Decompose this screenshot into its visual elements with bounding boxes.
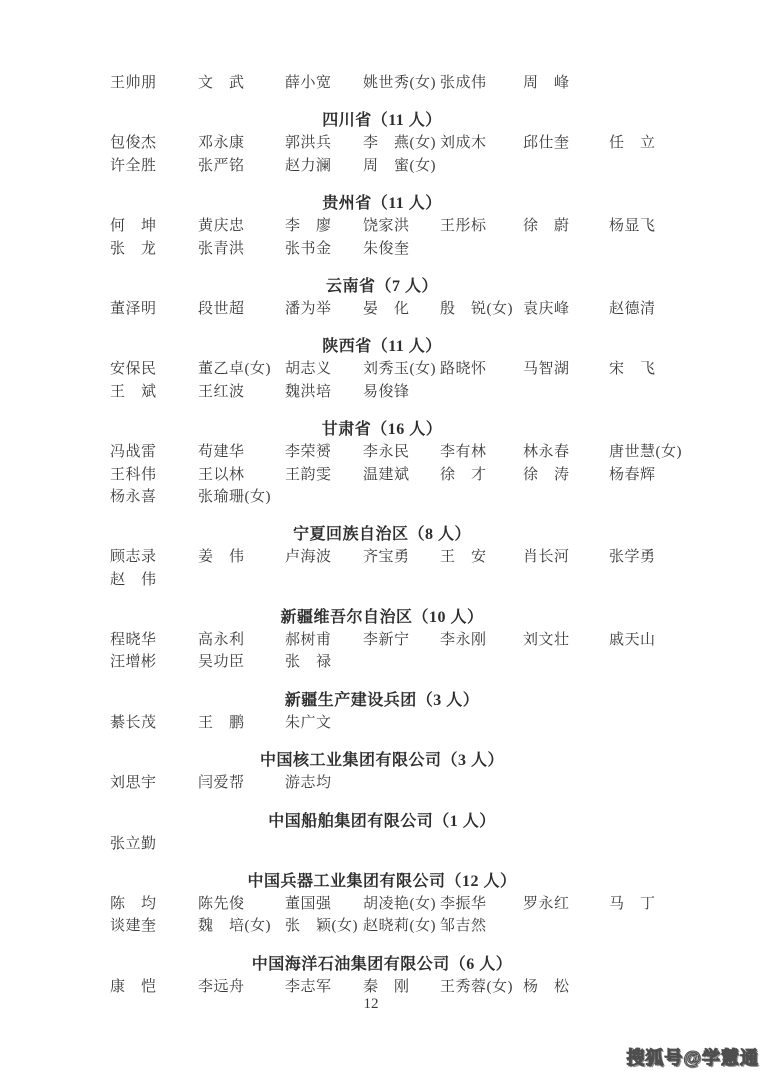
empty-cell bbox=[285, 833, 363, 855]
empty-cell bbox=[523, 569, 609, 591]
person-name: 董国强 bbox=[285, 893, 363, 915]
empty-cell bbox=[609, 381, 724, 403]
empty-cell bbox=[523, 651, 609, 673]
section: 四川省（11 人）包俊杰邓永康郭洪兵李 燕(女)刘成木邱仕奎任 立许全胜张严铭赵… bbox=[110, 110, 724, 177]
section-header: 宁夏回族自治区（8 人） bbox=[0, 524, 764, 546]
person-name: 赵晓莉(女) bbox=[363, 915, 440, 937]
person-name: 姜 伟 bbox=[198, 546, 285, 568]
empty-cell bbox=[363, 712, 440, 734]
section: 中国海洋石油集团有限公司（6 人）康 恺李远舟李志军秦 刚王秀蓉(女)杨 松 bbox=[110, 954, 724, 998]
name-row: 安保民董乙卓(女)胡志义刘秀玉(女)路晓怀马智湖宋 飞 bbox=[110, 358, 724, 380]
person-name: 张成伟 bbox=[440, 72, 523, 94]
person-name: 杨春辉 bbox=[609, 464, 724, 486]
name-row: 董泽明段世超潘为举晏 化殷 锐(女)袁庆峰赵德清 bbox=[110, 298, 724, 320]
empty-cell bbox=[609, 569, 724, 591]
person-name: 潘为举 bbox=[285, 298, 363, 320]
person-name: 李荣赟 bbox=[285, 441, 363, 463]
person-name: 周 蜜(女) bbox=[363, 155, 440, 177]
section-header: 贵州省（11 人） bbox=[0, 193, 764, 215]
person-name: 齐宝勇 bbox=[363, 546, 440, 568]
person-name: 王科伟 bbox=[110, 464, 198, 486]
person-name: 赵 伟 bbox=[110, 569, 198, 591]
person-name: 李 廖 bbox=[285, 215, 363, 237]
empty-cell bbox=[440, 381, 523, 403]
person-name: 段世超 bbox=[198, 298, 285, 320]
name-row: 顾志录姜 伟卢海波齐宝勇王 安肖长河张学勇 bbox=[110, 546, 724, 568]
person-name: 吴功臣 bbox=[198, 651, 285, 673]
person-name: 冯战雷 bbox=[110, 441, 198, 463]
section-header: 四川省（11 人） bbox=[0, 110, 764, 132]
name-row: 康 恺李远舟李志军秦 刚王秀蓉(女)杨 松 bbox=[110, 976, 724, 998]
person-name: 李新宁 bbox=[363, 629, 440, 651]
person-name: 张青洪 bbox=[198, 238, 285, 260]
person-name: 马智湖 bbox=[523, 358, 609, 380]
person-name: 李永刚 bbox=[440, 629, 523, 651]
person-name: 李 燕(女) bbox=[363, 132, 440, 154]
person-name: 张 龙 bbox=[110, 238, 198, 260]
person-name: 马 丁 bbox=[609, 893, 724, 915]
empty-cell bbox=[285, 486, 363, 508]
person-name: 刘文壮 bbox=[523, 629, 609, 651]
person-name: 张严铭 bbox=[198, 155, 285, 177]
empty-cell bbox=[609, 651, 724, 673]
person-name: 谈建奎 bbox=[110, 915, 198, 937]
person-name: 袁庆峰 bbox=[523, 298, 609, 320]
person-name: 顾志录 bbox=[110, 546, 198, 568]
person-name: 张立勤 bbox=[110, 833, 198, 855]
person-name: 饶家洪 bbox=[363, 215, 440, 237]
empty-cell bbox=[363, 486, 440, 508]
person-name: 薛小宽 bbox=[285, 72, 363, 94]
empty-cell bbox=[440, 155, 523, 177]
person-name: 邓永康 bbox=[198, 132, 285, 154]
section: 中国核工业集团有限公司（3 人）刘思宇闫爱帮游志均 bbox=[110, 750, 724, 794]
empty-cell bbox=[523, 712, 609, 734]
name-row: 綦长茂王 鹏朱广文 bbox=[110, 712, 724, 734]
person-name: 李有林 bbox=[440, 441, 523, 463]
person-name: 何 坤 bbox=[110, 215, 198, 237]
name-row: 杨永喜张瑜珊(女) bbox=[110, 486, 724, 508]
empty-cell bbox=[440, 712, 523, 734]
person-name: 刘成木 bbox=[440, 132, 523, 154]
empty-cell bbox=[363, 772, 440, 794]
person-name: 王秀蓉(女) bbox=[440, 976, 523, 998]
person-name: 许全胜 bbox=[110, 155, 198, 177]
empty-cell bbox=[440, 569, 523, 591]
empty-cell bbox=[363, 833, 440, 855]
person-name: 赵德清 bbox=[609, 298, 724, 320]
section: 贵州省（11 人）何 坤黄庆忠李 廖饶家洪王彤标徐 蔚杨显飞张 龙张青洪张书金朱… bbox=[110, 193, 724, 260]
person-name: 晏 化 bbox=[363, 298, 440, 320]
person-name: 郝树甫 bbox=[285, 629, 363, 651]
person-name: 杨 松 bbox=[523, 976, 609, 998]
document-page: 王帅朋文 武薛小宽姚世秀(女)张成伟周 峰四川省（11 人）包俊杰邓永康郭洪兵李… bbox=[0, 0, 764, 1080]
section-header: 中国船舶集团有限公司（1 人） bbox=[0, 811, 764, 833]
person-name: 程晓华 bbox=[110, 629, 198, 651]
empty-cell bbox=[440, 772, 523, 794]
name-row: 何 坤黄庆忠李 廖饶家洪王彤标徐 蔚杨显飞 bbox=[110, 215, 724, 237]
person-name: 李永民 bbox=[363, 441, 440, 463]
person-name: 张书金 bbox=[285, 238, 363, 260]
person-name: 胡凌艳(女) bbox=[363, 893, 440, 915]
name-row: 许全胜张严铭赵力澜周 蜜(女) bbox=[110, 155, 724, 177]
person-name: 路晓怀 bbox=[440, 358, 523, 380]
person-name: 张学勇 bbox=[609, 546, 724, 568]
person-name: 陈 均 bbox=[110, 893, 198, 915]
empty-cell bbox=[198, 569, 285, 591]
watermark: 搜狐号@学慧通 bbox=[626, 1044, 759, 1070]
person-name: 朱俊奎 bbox=[363, 238, 440, 260]
person-name: 姚世秀(女) bbox=[363, 72, 440, 94]
name-row: 冯战雷苟建华李荣赟李永民李有林林永春唐世慧(女) bbox=[110, 441, 724, 463]
name-list: 王帅朋文 武薛小宽姚世秀(女)张成伟周 峰四川省（11 人）包俊杰邓永康郭洪兵李… bbox=[0, 0, 764, 998]
section: 中国船舶集团有限公司（1 人）张立勤 bbox=[110, 811, 724, 855]
section-header: 陕西省（11 人） bbox=[0, 336, 764, 358]
person-name: 董乙卓(女) bbox=[198, 358, 285, 380]
person-name: 周 峰 bbox=[523, 72, 609, 94]
empty-cell bbox=[609, 72, 724, 94]
person-name: 陈先俊 bbox=[198, 893, 285, 915]
person-name: 王 安 bbox=[440, 546, 523, 568]
empty-cell bbox=[609, 712, 724, 734]
empty-cell bbox=[523, 238, 609, 260]
name-row: 王帅朋文 武薛小宽姚世秀(女)张成伟周 峰 bbox=[110, 72, 724, 94]
section: 新疆维吾尔自治区（10 人）程晓华高永利郝树甫李新宁李永刚刘文壮戚天山汪增彬吴功… bbox=[110, 607, 724, 674]
person-name: 李远舟 bbox=[198, 976, 285, 998]
empty-cell bbox=[609, 238, 724, 260]
person-name: 温建斌 bbox=[363, 464, 440, 486]
empty-cell bbox=[609, 486, 724, 508]
person-name: 郭洪兵 bbox=[285, 132, 363, 154]
person-name: 邹吉然 bbox=[440, 915, 523, 937]
person-name: 易俊锋 bbox=[363, 381, 440, 403]
section: 新疆生产建设兵团（3 人）綦长茂王 鹏朱广文 bbox=[110, 690, 724, 734]
person-name: 文 武 bbox=[198, 72, 285, 94]
name-row: 赵 伟 bbox=[110, 569, 724, 591]
person-name: 董泽明 bbox=[110, 298, 198, 320]
person-name: 李振华 bbox=[440, 893, 523, 915]
section-header: 新疆生产建设兵团（3 人） bbox=[0, 690, 764, 712]
person-name: 秦 刚 bbox=[363, 976, 440, 998]
person-name: 林永春 bbox=[523, 441, 609, 463]
person-name: 卢海波 bbox=[285, 546, 363, 568]
name-row: 谈建奎魏 培(女)张 颖(女)赵晓莉(女)邹吉然 bbox=[110, 915, 724, 937]
person-name: 汪增彬 bbox=[110, 651, 198, 673]
person-name: 魏洪培 bbox=[285, 381, 363, 403]
empty-cell bbox=[198, 833, 285, 855]
person-name: 唐世慧(女) bbox=[609, 441, 724, 463]
person-name: 任 立 bbox=[609, 132, 724, 154]
person-name: 赵力澜 bbox=[285, 155, 363, 177]
empty-cell bbox=[609, 915, 724, 937]
empty-cell bbox=[523, 486, 609, 508]
person-name: 綦长茂 bbox=[110, 712, 198, 734]
person-name: 殷 锐(女) bbox=[440, 298, 523, 320]
empty-cell bbox=[363, 569, 440, 591]
empty-cell bbox=[609, 772, 724, 794]
empty-cell bbox=[440, 833, 523, 855]
person-name: 黄庆忠 bbox=[198, 215, 285, 237]
person-name: 朱广文 bbox=[285, 712, 363, 734]
name-row: 张立勤 bbox=[110, 833, 724, 855]
person-name: 康 恺 bbox=[110, 976, 198, 998]
person-name: 刘思宇 bbox=[110, 772, 198, 794]
name-row: 王 斌王红波魏洪培易俊锋 bbox=[110, 381, 724, 403]
person-name: 刘秀玉(女) bbox=[363, 358, 440, 380]
person-name: 徐 涛 bbox=[523, 464, 609, 486]
person-name: 闫爱帮 bbox=[198, 772, 285, 794]
person-name: 张 禄 bbox=[285, 651, 363, 673]
person-name: 徐 才 bbox=[440, 464, 523, 486]
section: 云南省（7 人）董泽明段世超潘为举晏 化殷 锐(女)袁庆峰赵德清 bbox=[110, 276, 724, 320]
name-row: 汪增彬吴功臣张 禄 bbox=[110, 651, 724, 673]
empty-cell bbox=[523, 155, 609, 177]
section-header: 中国海洋石油集团有限公司（6 人） bbox=[0, 954, 764, 976]
section: 中国兵器工业集团有限公司（12 人）陈 均陈先俊董国强胡凌艳(女)李振华罗永红马… bbox=[110, 871, 724, 938]
empty-cell bbox=[363, 651, 440, 673]
section-header: 中国核工业集团有限公司（3 人） bbox=[0, 750, 764, 772]
section-header: 中国兵器工业集团有限公司（12 人） bbox=[0, 871, 764, 893]
empty-cell bbox=[285, 569, 363, 591]
person-name: 胡志义 bbox=[285, 358, 363, 380]
person-name: 苟建华 bbox=[198, 441, 285, 463]
section-header: 云南省（7 人） bbox=[0, 276, 764, 298]
empty-cell bbox=[440, 238, 523, 260]
empty-cell bbox=[609, 155, 724, 177]
section-header: 新疆维吾尔自治区（10 人） bbox=[0, 607, 764, 629]
empty-cell bbox=[523, 915, 609, 937]
person-name: 罗永红 bbox=[523, 893, 609, 915]
person-name: 王彤标 bbox=[440, 215, 523, 237]
person-name: 邱仕奎 bbox=[523, 132, 609, 154]
empty-cell bbox=[523, 381, 609, 403]
person-name: 王帅朋 bbox=[110, 72, 198, 94]
person-name: 王以林 bbox=[198, 464, 285, 486]
person-name: 包俊杰 bbox=[110, 132, 198, 154]
person-name: 安保民 bbox=[110, 358, 198, 380]
person-name: 魏 培(女) bbox=[198, 915, 285, 937]
section: 宁夏回族自治区（8 人）顾志录姜 伟卢海波齐宝勇王 安肖长河张学勇赵 伟 bbox=[110, 524, 724, 591]
name-row: 程晓华高永利郝树甫李新宁李永刚刘文壮戚天山 bbox=[110, 629, 724, 651]
empty-cell bbox=[609, 976, 724, 998]
empty-cell bbox=[609, 833, 724, 855]
person-name: 肖长河 bbox=[523, 546, 609, 568]
name-row: 张 龙张青洪张书金朱俊奎 bbox=[110, 238, 724, 260]
person-name: 王 斌 bbox=[110, 381, 198, 403]
empty-cell bbox=[523, 833, 609, 855]
person-name: 杨永喜 bbox=[110, 486, 198, 508]
person-name: 宋 飞 bbox=[609, 358, 724, 380]
name-row: 王科伟王以林王韵雯温建斌徐 才徐 涛杨春辉 bbox=[110, 464, 724, 486]
page-number: 12 bbox=[0, 996, 742, 1013]
person-name: 王红波 bbox=[198, 381, 285, 403]
person-name: 王韵雯 bbox=[285, 464, 363, 486]
name-row: 陈 均陈先俊董国强胡凌艳(女)李振华罗永红马 丁 bbox=[110, 893, 724, 915]
person-name: 张瑜珊(女) bbox=[198, 486, 285, 508]
empty-cell bbox=[440, 486, 523, 508]
name-row: 刘思宇闫爱帮游志均 bbox=[110, 772, 724, 794]
person-name: 王 鹏 bbox=[198, 712, 285, 734]
person-name: 戚天山 bbox=[609, 629, 724, 651]
name-row: 包俊杰邓永康郭洪兵李 燕(女)刘成木邱仕奎任 立 bbox=[110, 132, 724, 154]
section: 陕西省（11 人）安保民董乙卓(女)胡志义刘秀玉(女)路晓怀马智湖宋 飞王 斌王… bbox=[110, 336, 724, 403]
section-header: 甘肃省（16 人） bbox=[0, 419, 764, 441]
empty-cell bbox=[440, 651, 523, 673]
person-name: 李志军 bbox=[285, 976, 363, 998]
person-name: 徐 蔚 bbox=[523, 215, 609, 237]
person-name: 张 颖(女) bbox=[285, 915, 363, 937]
person-name: 高永利 bbox=[198, 629, 285, 651]
person-name: 杨显飞 bbox=[609, 215, 724, 237]
person-name: 游志均 bbox=[285, 772, 363, 794]
section: 甘肃省（16 人）冯战雷苟建华李荣赟李永民李有林林永春唐世慧(女)王科伟王以林王… bbox=[110, 419, 724, 508]
empty-cell bbox=[523, 772, 609, 794]
